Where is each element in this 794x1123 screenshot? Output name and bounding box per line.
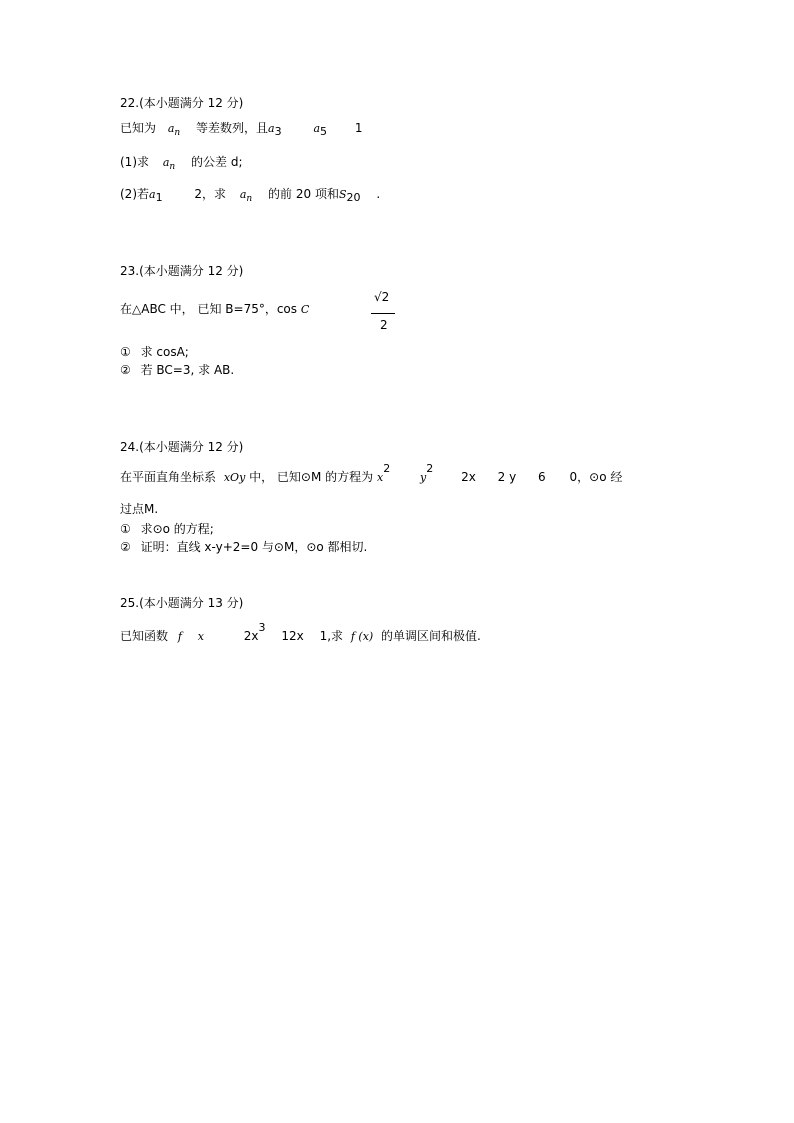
q23-item2: ② 若 BC=3, 求 AB.: [120, 363, 234, 377]
q25-intro: 已知函数 f x 2x3 12x 1,求 f (x) 的单调区间和极值.: [120, 629, 481, 644]
text: 已知为: [120, 121, 156, 135]
exp: 2: [383, 462, 390, 475]
q24-header: 24.(本小题满分 12 分): [120, 440, 243, 454]
text: 证明：直线 x-y+2=0 与⊙M，⊙o 都相切.: [141, 540, 368, 554]
text: 在△ABC 中， 已知 B=75°，cos: [120, 302, 297, 316]
q23-header: 23.(本小题满分 12 分): [120, 264, 243, 278]
frac-denominator: 2: [380, 318, 388, 332]
var-a3: a: [268, 122, 275, 135]
text: 中， 已知⊙M 的方程为: [249, 470, 373, 484]
circle-2-icon: ②: [120, 363, 131, 377]
q22-part2: (2)若a1 2，求 an 的前 20 项和S20 .: [120, 187, 380, 203]
q24-cont: 过点M.: [120, 502, 158, 516]
circle-1-icon: ①: [120, 345, 131, 359]
term: 2x: [244, 629, 259, 643]
text: 若 BC=3, 求 AB.: [141, 363, 235, 377]
frac-line: [371, 313, 395, 314]
text: 的前 20 项和: [268, 187, 339, 201]
sub: 5: [320, 125, 327, 138]
var-x: x: [198, 630, 204, 643]
sub: 20: [347, 191, 361, 204]
sub: 3: [275, 125, 282, 138]
text: 的公差 d;: [191, 155, 242, 169]
var-f: f: [178, 630, 182, 643]
text: 0，⊙o 经: [570, 470, 623, 484]
var-c: C: [301, 303, 309, 316]
var-xoy: xOy: [224, 471, 245, 484]
sub: 1: [156, 191, 163, 204]
text: (1)求: [120, 155, 149, 169]
text: 已知函数: [120, 629, 168, 643]
text: 1,求: [320, 629, 343, 643]
var-a1: a: [149, 188, 156, 201]
text: .: [376, 187, 380, 201]
q22-part1: (1)求 an 的公差 d;: [120, 155, 243, 171]
term: 2 y: [498, 470, 517, 484]
q24-item1: ① 求⊙o 的方程;: [120, 522, 214, 536]
q24-item2: ② 证明：直线 x-y+2=0 与⊙M，⊙o 都相切.: [120, 540, 367, 554]
q22-header: 22.(本小题满分 12 分): [120, 96, 243, 110]
exp: 2: [426, 462, 433, 475]
q22-intro: 已知为 an 等差数列，且a3 a5 1: [120, 121, 362, 137]
frac-numerator: √2: [374, 290, 389, 304]
term: 6: [538, 470, 546, 484]
term: 2x: [461, 470, 476, 484]
term: 12x: [281, 629, 303, 643]
sub-n: n: [169, 162, 175, 172]
text: 等差数列，且: [196, 121, 268, 135]
sub-n: n: [174, 128, 180, 138]
text: 的单调区间和极值.: [381, 629, 481, 643]
sub-n: n: [246, 194, 252, 204]
var-fx: f (x): [351, 630, 373, 643]
text: (2)若: [120, 187, 149, 201]
var-s: S: [339, 188, 347, 201]
circle-2-icon: ②: [120, 540, 131, 554]
q23-intro: 在△ABC 中， 已知 B=75°，cos C: [120, 302, 309, 317]
q25-header: 25.(本小题满分 13 分): [120, 596, 243, 610]
exp: 3: [259, 621, 266, 634]
value: 1: [355, 121, 363, 135]
q23-item1: ① 求 cosA;: [120, 345, 189, 359]
circle-1-icon: ①: [120, 522, 131, 536]
text: 求⊙o 的方程;: [141, 522, 214, 536]
text: 求 cosA;: [141, 345, 189, 359]
text: 2，求: [194, 187, 226, 201]
text: 在平面直角坐标系: [120, 470, 216, 484]
q24-intro: 在平面直角坐标系 xOy 中， 已知⊙M 的方程为 x2 y2 2x 2 y 6…: [120, 470, 622, 485]
